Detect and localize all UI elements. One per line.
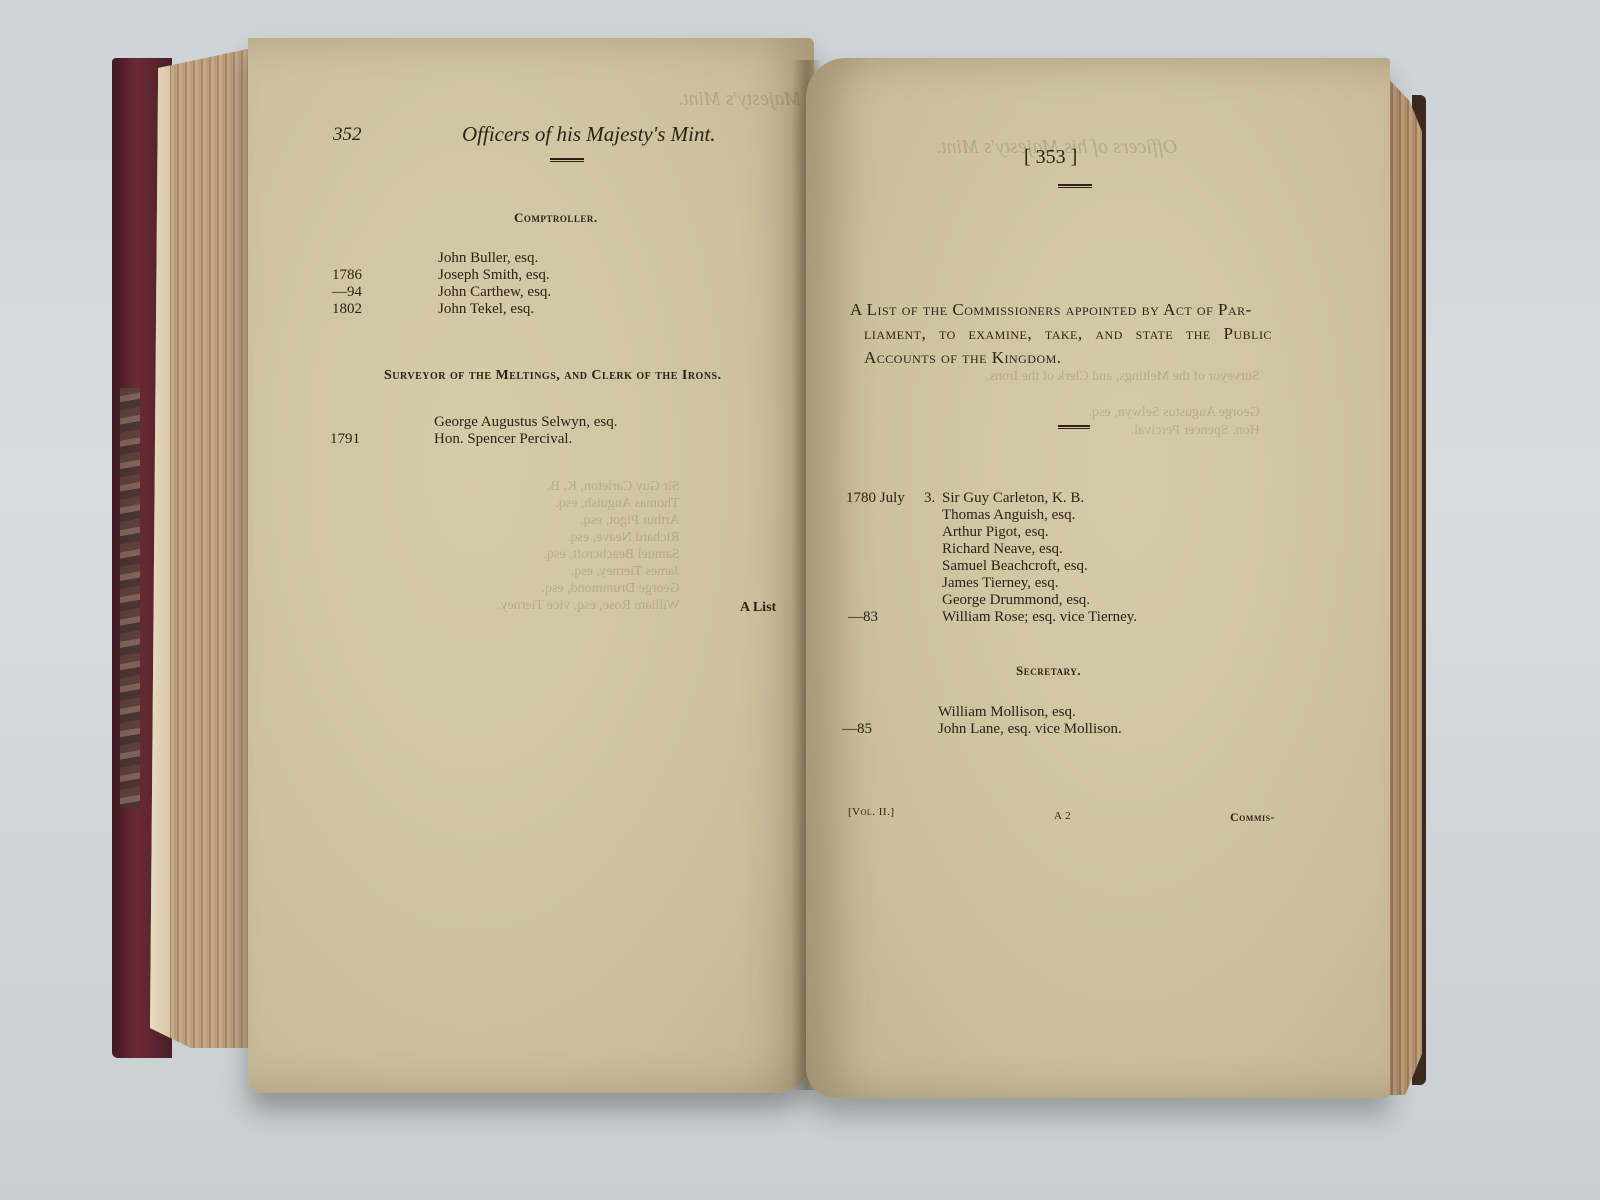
officer-name: John Carthew, esq. <box>438 284 551 301</box>
title-line-1: A List of the Commissioners appointed by… <box>850 300 1252 320</box>
marbled-endpaper <box>120 388 140 808</box>
year: —85 <box>842 721 872 738</box>
commissioner-name: Sir Guy Carleton, K. B. <box>942 490 1137 507</box>
commissioner-names: Sir Guy Carleton, K. B. Thomas Anguish, … <box>942 490 1137 626</box>
page-number: [ 353 ] <box>1024 146 1077 169</box>
year: —94 <box>332 284 362 301</box>
catchword: Commis- <box>1230 810 1275 825</box>
section-heading-comptroller: Comptroller. <box>514 210 598 226</box>
left-page-edges <box>150 48 252 1048</box>
comptroller-years: 1786 —94 1802 <box>332 250 362 318</box>
secretary-years: —85 <box>842 704 872 738</box>
year <box>842 704 872 721</box>
commissioner-name: William Rose; esq. vice Tierney. <box>942 609 1137 626</box>
year <box>332 250 362 267</box>
open-book: Officers of his Majesty's Mint. Sir Guy … <box>0 0 1600 1200</box>
catchword: A List <box>740 600 776 616</box>
surveyor-years: 1791 <box>330 414 360 448</box>
surveyor-names: George Augustus Selwyn, esq. Hon. Spence… <box>434 414 617 448</box>
title-text: A List of the Commissioners appointed by… <box>850 300 1252 319</box>
title-line-2: liament, to examine, take, and state the… <box>864 324 1272 344</box>
title-line-3: Accounts of the Kingdom. <box>864 348 1062 368</box>
signature-mark: A 2 <box>1054 810 1071 822</box>
right-page: Officers of his Majesty's Mint. Surveyor… <box>806 58 1390 1098</box>
commissioner-name: Thomas Anguish, esq. <box>942 507 1137 524</box>
title-text: liament, to examine, take, and state the… <box>864 324 1272 343</box>
section-heading-secretary: Secretary. <box>1016 663 1081 679</box>
commissioner-name: James Tierney, esq. <box>942 575 1137 592</box>
secretary-names: William Mollison, esq. John Lane, esq. v… <box>938 704 1122 738</box>
title-text: Accounts of the Kingdom. <box>864 348 1062 367</box>
year: 1802 <box>332 301 362 318</box>
secretary-name: William Mollison, esq. <box>938 704 1122 721</box>
appointment-day: 3. <box>924 490 935 507</box>
left-page: Officers of his Majesty's Mint. Sir Guy … <box>248 38 814 1093</box>
running-head: Officers of his Majesty's Mint. <box>462 122 716 147</box>
double-rule <box>1058 184 1092 188</box>
secretary-name: John Lane, esq. vice Mollison. <box>938 721 1122 738</box>
year <box>330 414 360 431</box>
commissioner-name: George Drummond, esq. <box>942 592 1137 609</box>
comptroller-names: John Buller, esq. Joseph Smith, esq. Joh… <box>438 250 551 318</box>
officer-name: George Augustus Selwyn, esq. <box>434 414 617 431</box>
year: 1786 <box>332 267 362 284</box>
page-number: 352 <box>333 124 362 146</box>
section-heading-surveyor: Surveyor of the Meltings, and Clerk of t… <box>384 368 722 384</box>
officer-name: Joseph Smith, esq. <box>438 267 551 284</box>
officer-name: John Tekel, esq. <box>438 301 551 318</box>
officer-name: John Buller, esq. <box>438 250 551 267</box>
commissioner-years: —83 <box>848 490 878 626</box>
volume-signature: [Vol. II.] <box>848 806 895 818</box>
year: 1791 <box>330 431 360 448</box>
section-rule <box>1058 425 1090 429</box>
officer-name: Hon. Spencer Percival. <box>434 431 617 448</box>
double-rule <box>550 158 584 162</box>
commissioner-name: Samuel Beachcroft, esq. <box>942 558 1137 575</box>
commissioner-name: Arthur Pigot, esq. <box>942 524 1137 541</box>
commissioner-name: Richard Neave, esq. <box>942 541 1137 558</box>
year: —83 <box>848 609 878 626</box>
